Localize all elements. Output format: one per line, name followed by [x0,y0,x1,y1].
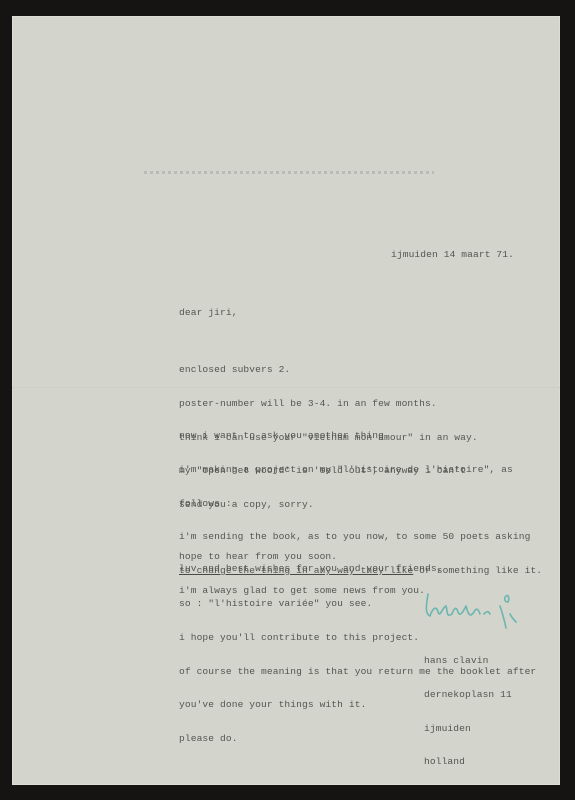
sender-address: hans clavin dernekoplasn 11 ijmuiden hol… [424,633,512,790]
closing-line: luv and best wishes for you and your fri… [179,563,443,574]
faint-typed-line [144,171,434,174]
text-line: hope to hear from you soon. [179,551,425,562]
letter-date: ijmuiden 14 maart 71. [391,249,514,260]
address-name: hans clavin [424,655,512,666]
letter-page: ijmuiden 14 maart 71. dear jiri, enclose… [12,16,560,785]
text-line: enclosed subvers 2. [179,364,478,375]
address-country: holland [424,756,512,767]
address-street: dernekoplasn 11 [424,689,512,700]
salutation: dear jiri, [179,307,238,318]
text-line: i'm making a project on my "l'histoire d… [179,464,542,475]
text-line: i'm always glad to get some news from yo… [179,585,425,596]
address-city: ijmuiden [424,723,512,734]
text-line: follows : [179,498,542,509]
handwritten-signature [422,584,522,634]
text-line: now i want to ask you another thing. [179,430,542,441]
